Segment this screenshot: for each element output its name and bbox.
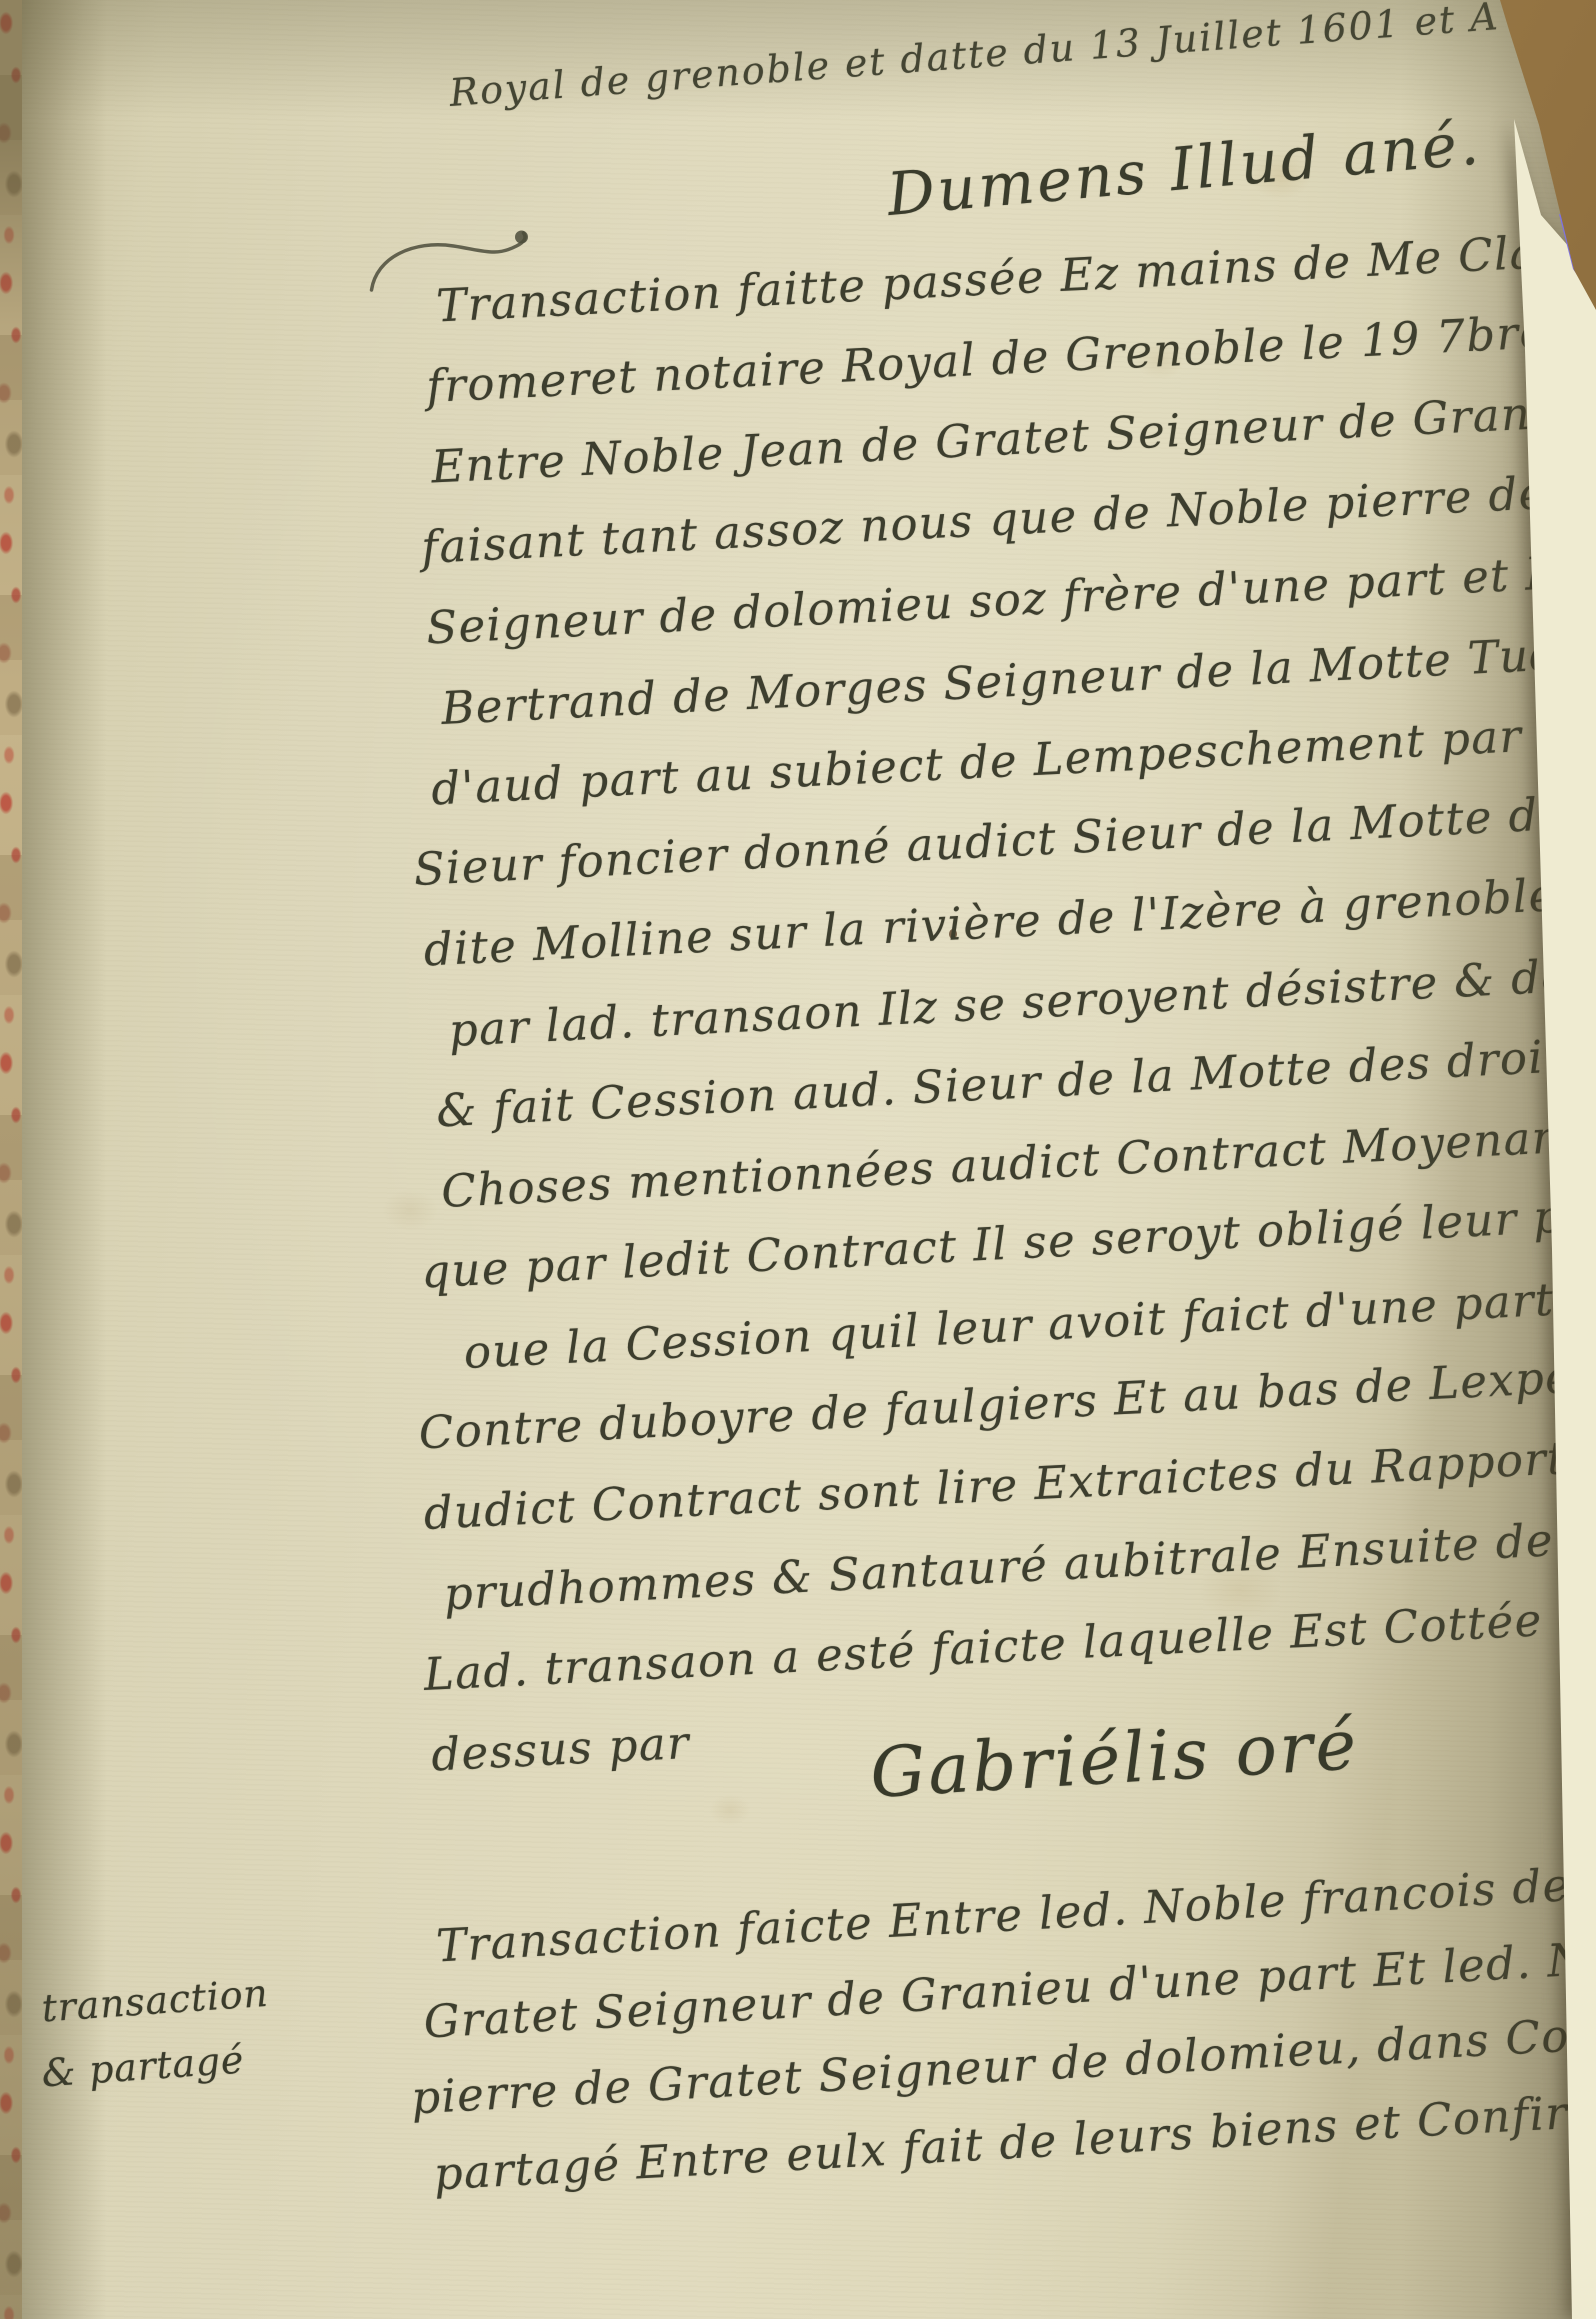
manuscript-photo: Royal de grenoble et datte du 13 Juillet…: [0, 0, 1596, 2319]
book-fore-edge-wrap: [0, 0, 1596, 2319]
book-fore-edge: [0, 0, 1596, 2319]
